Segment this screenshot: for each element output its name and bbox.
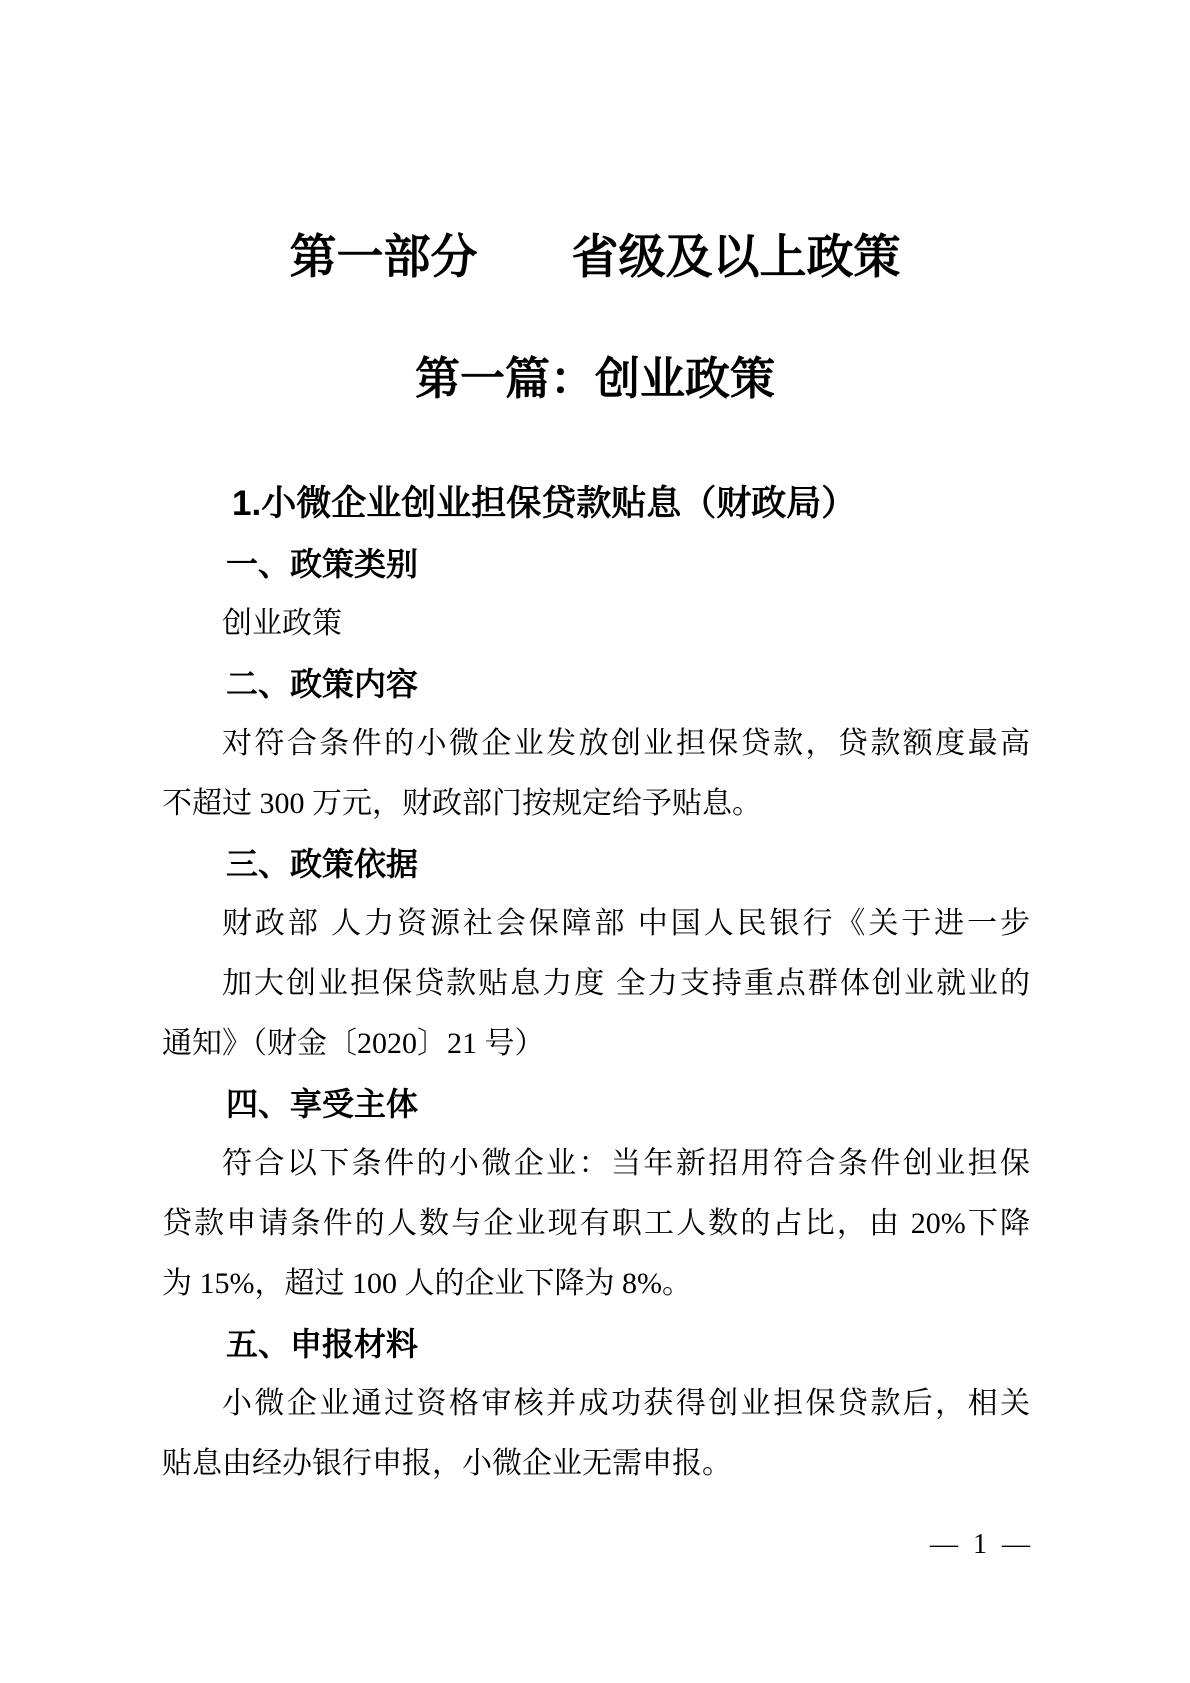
body-line: 符合以下条件的小微企业：当年新招用符合条件创业担保 bbox=[162, 1134, 1030, 1194]
subsection-heading: 三、政策依据 bbox=[162, 834, 1030, 894]
subsection-heading: 二、政策内容 bbox=[162, 654, 1030, 714]
body-line: 贴息由经办银行申报，小微企业无需申报。 bbox=[162, 1434, 1030, 1494]
part-title: 第一部分 省级及以上政策 bbox=[0, 231, 1190, 285]
page-number: — 1 — bbox=[162, 1528, 1030, 1562]
body-line: 贷款申请条件的人数与企业现有职工人数的占比，由 20%下降 bbox=[162, 1194, 1030, 1254]
body-line: 创业政策 bbox=[162, 594, 1030, 654]
body-line: 为 15%，超过 100 人的企业下降为 8%。 bbox=[162, 1254, 1030, 1314]
body-line: 财政部 人力资源社会保障部 中国人民银行《关于进一步 bbox=[162, 894, 1030, 954]
subsection-heading: 五、申报材料 bbox=[162, 1314, 1030, 1374]
body-line: 不超过 300 万元，财政部门按规定给予贴息。 bbox=[162, 774, 1030, 834]
subsection-heading: 四、享受主体 bbox=[162, 1074, 1030, 1134]
body-line: 加大创业担保贷款贴息力度 全力支持重点群体创业就业的 bbox=[162, 954, 1030, 1014]
body-line: 对符合条件的小微企业发放创业担保贷款，贷款额度最高 bbox=[162, 714, 1030, 774]
body-line: 小微企业通过资格审核并成功获得创业担保贷款后，相关 bbox=[162, 1374, 1030, 1434]
document-page: 第一部分 省级及以上政策 第一篇：创业政策 1.小微企业创业担保贷款贴息（财政局… bbox=[0, 0, 1190, 1683]
chapter-title: 第一篇：创业政策 bbox=[0, 353, 1190, 405]
body-line: 通知》（财金〔2020〕21 号） bbox=[162, 1014, 1030, 1074]
subsection-heading: 一、政策类别 bbox=[162, 534, 1030, 594]
document-body: 1.小微企业创业担保贷款贴息（财政局）一、政策类别创业政策二、政策内容对符合条件… bbox=[162, 474, 1030, 1494]
section-heading: 1.小微企业创业担保贷款贴息（财政局） bbox=[162, 474, 1030, 534]
